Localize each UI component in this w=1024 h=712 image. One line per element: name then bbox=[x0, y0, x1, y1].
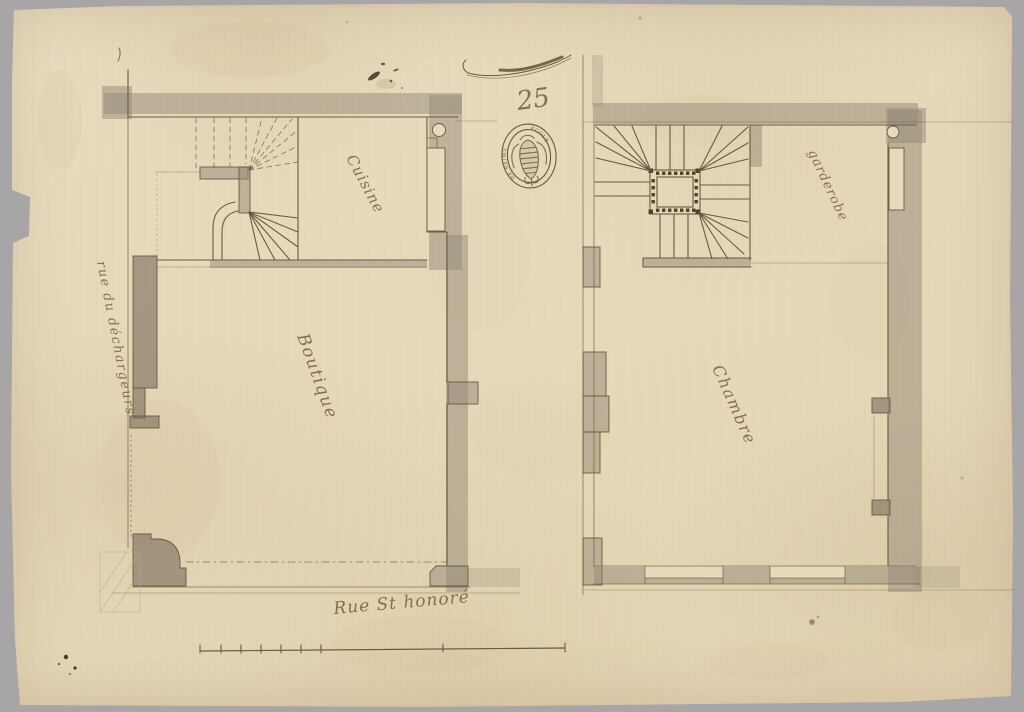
collection-stamp: DE REIMS ECOLE bbox=[499, 121, 559, 190]
right-plan-lines bbox=[583, 55, 1014, 595]
ink-drawing: Cuisine Boutique rue du déchargeurs bbox=[0, 0, 1024, 712]
street-label-bottom: Rue St honoré bbox=[332, 587, 471, 619]
room-label-boutique: Boutique bbox=[292, 330, 342, 422]
photo-background: Cuisine Boutique rue du déchargeurs bbox=[0, 0, 1024, 712]
room-label-garderobe: garderobe bbox=[804, 147, 850, 223]
right-staircase bbox=[595, 126, 749, 259]
room-label-chambre: Chambre bbox=[708, 362, 760, 447]
right-plan: garderobe Chambre bbox=[583, 55, 1014, 595]
room-label-cuisine: Cuisine bbox=[342, 151, 388, 216]
street-label-left: rue du déchargeurs bbox=[93, 260, 138, 417]
stamp-text-left: DE REIMS bbox=[501, 146, 517, 181]
ink-smudge bbox=[367, 63, 403, 89]
sheet-number: 25 bbox=[514, 83, 552, 117]
right-plan-walls bbox=[583, 55, 960, 592]
pen-flourish bbox=[463, 55, 571, 78]
